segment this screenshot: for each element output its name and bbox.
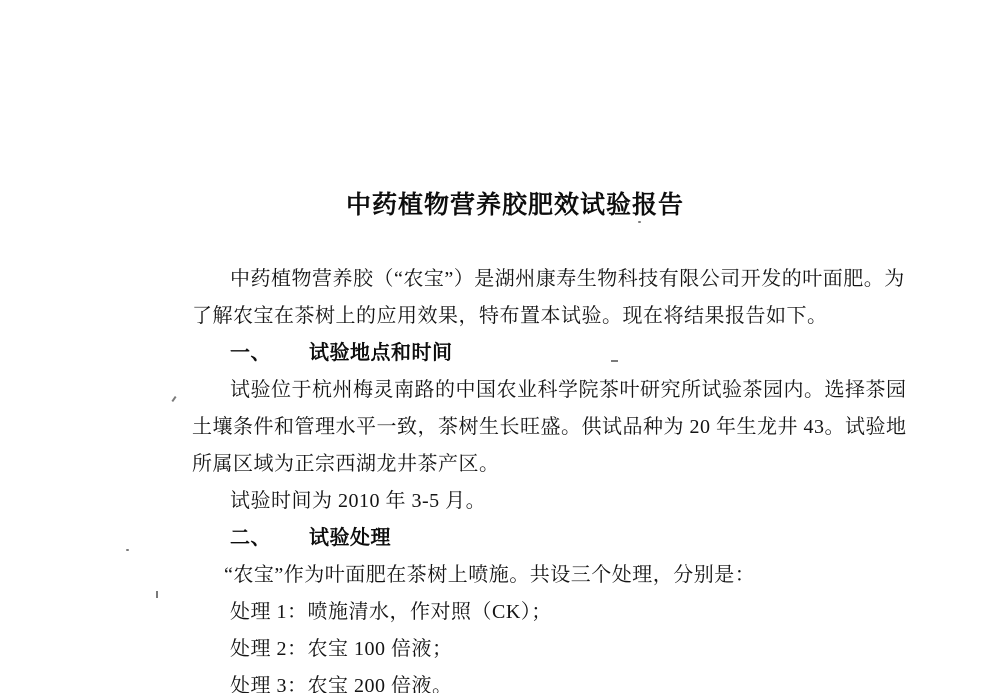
section1-body-line4: 试验时间为 2010 年 3-5 月。 [230,489,486,513]
section1-heading: 一、试验地点和时间 [230,341,453,365]
section2-heading: 二、试验处理 [230,526,391,550]
scan-speck-5 [156,591,158,598]
section2-title: 试验处理 [309,527,391,549]
paragraph1-line2: 了解农宝在茶树上的应用效果，特布置本试验。现在将结果报告如下。 [192,304,828,328]
scanned-report-page: 中药植物营养胶肥效试验报告 中药植物营养胶（“农宝”）是湖州康寿生物科技有限公司… [0,0,1000,693]
section1-body-line2: 土壤条件和管理水平一致，茶树生长旺盛。供试品种为 20 年生龙井 43。试验地 [192,415,907,439]
section2-number: 二、 [230,526,271,550]
scan-speck-4 [126,549,129,551]
report-title: 中药植物营养胶肥效试验报告 [15,185,1000,221]
treatment2-line: 处理 2：农宝 100 倍液； [230,637,453,661]
section1-body-line1: 试验位于杭州梅灵南路的中国农业科学院茶叶研究所试验茶园内。选择茶园 [230,378,907,402]
paragraph1-line1: 中药植物营养胶（“农宝”）是湖州康寿生物科技有限公司开发的叶面肥。为 [230,267,905,291]
section1-body-line3: 所属区域为正宗西湖龙井茶产区。 [192,452,500,476]
section2-intro-line: “农宝”作为叶面肥在茶树上喷施。共设三个处理，分别是： [224,563,755,587]
treatment3-line: 处理 3：农宝 200 倍液。 [230,674,453,693]
scan-speck-3 [171,396,176,402]
section1-number: 一、 [230,341,271,365]
section1-title: 试验地点和时间 [309,342,453,364]
treatment1-line: 处理 1：喷施清水，作对照（CK）； [230,600,552,624]
scan-speck-2 [611,360,618,362]
scan-speck-1 [638,221,641,223]
